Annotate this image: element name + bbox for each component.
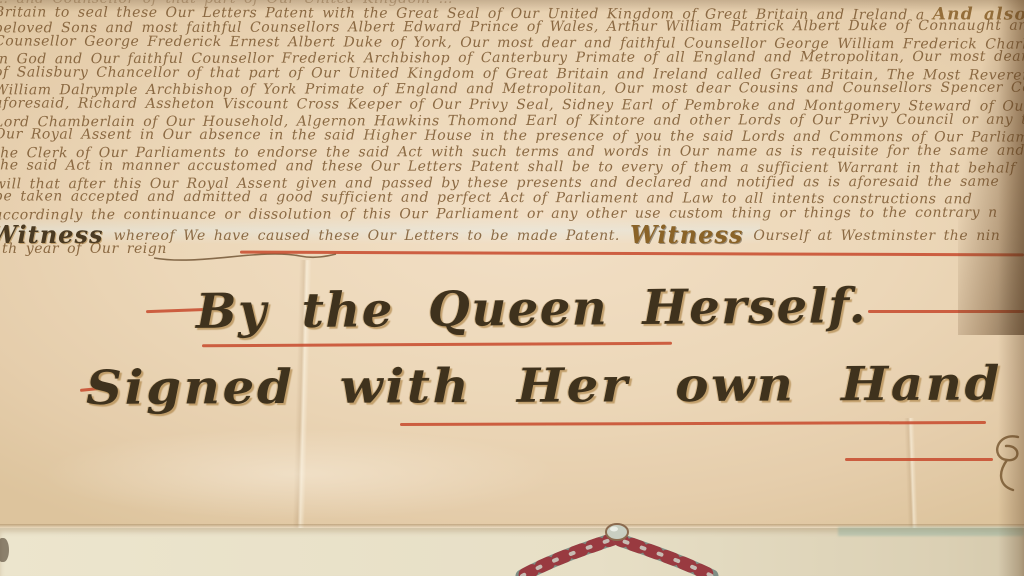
calligraphy-line-queen: By the Queen Herself. [196, 278, 867, 340]
top-vignette [0, 0, 1024, 12]
red-rule [202, 342, 672, 347]
parchment-photo: { "manuscript": { "ink_color": "#7d5a32"… [0, 0, 1024, 576]
right-edge-shadow [998, 0, 1024, 576]
red-rule [400, 421, 986, 426]
calligraphy-line-signed: Signed with Her own Hand ~ [86, 356, 1024, 416]
plica-teal-tint [838, 527, 1024, 536]
seal-cord [440, 492, 760, 576]
red-rule [845, 458, 993, 461]
vertical-crease [904, 418, 918, 530]
pen-flourish [150, 246, 340, 268]
